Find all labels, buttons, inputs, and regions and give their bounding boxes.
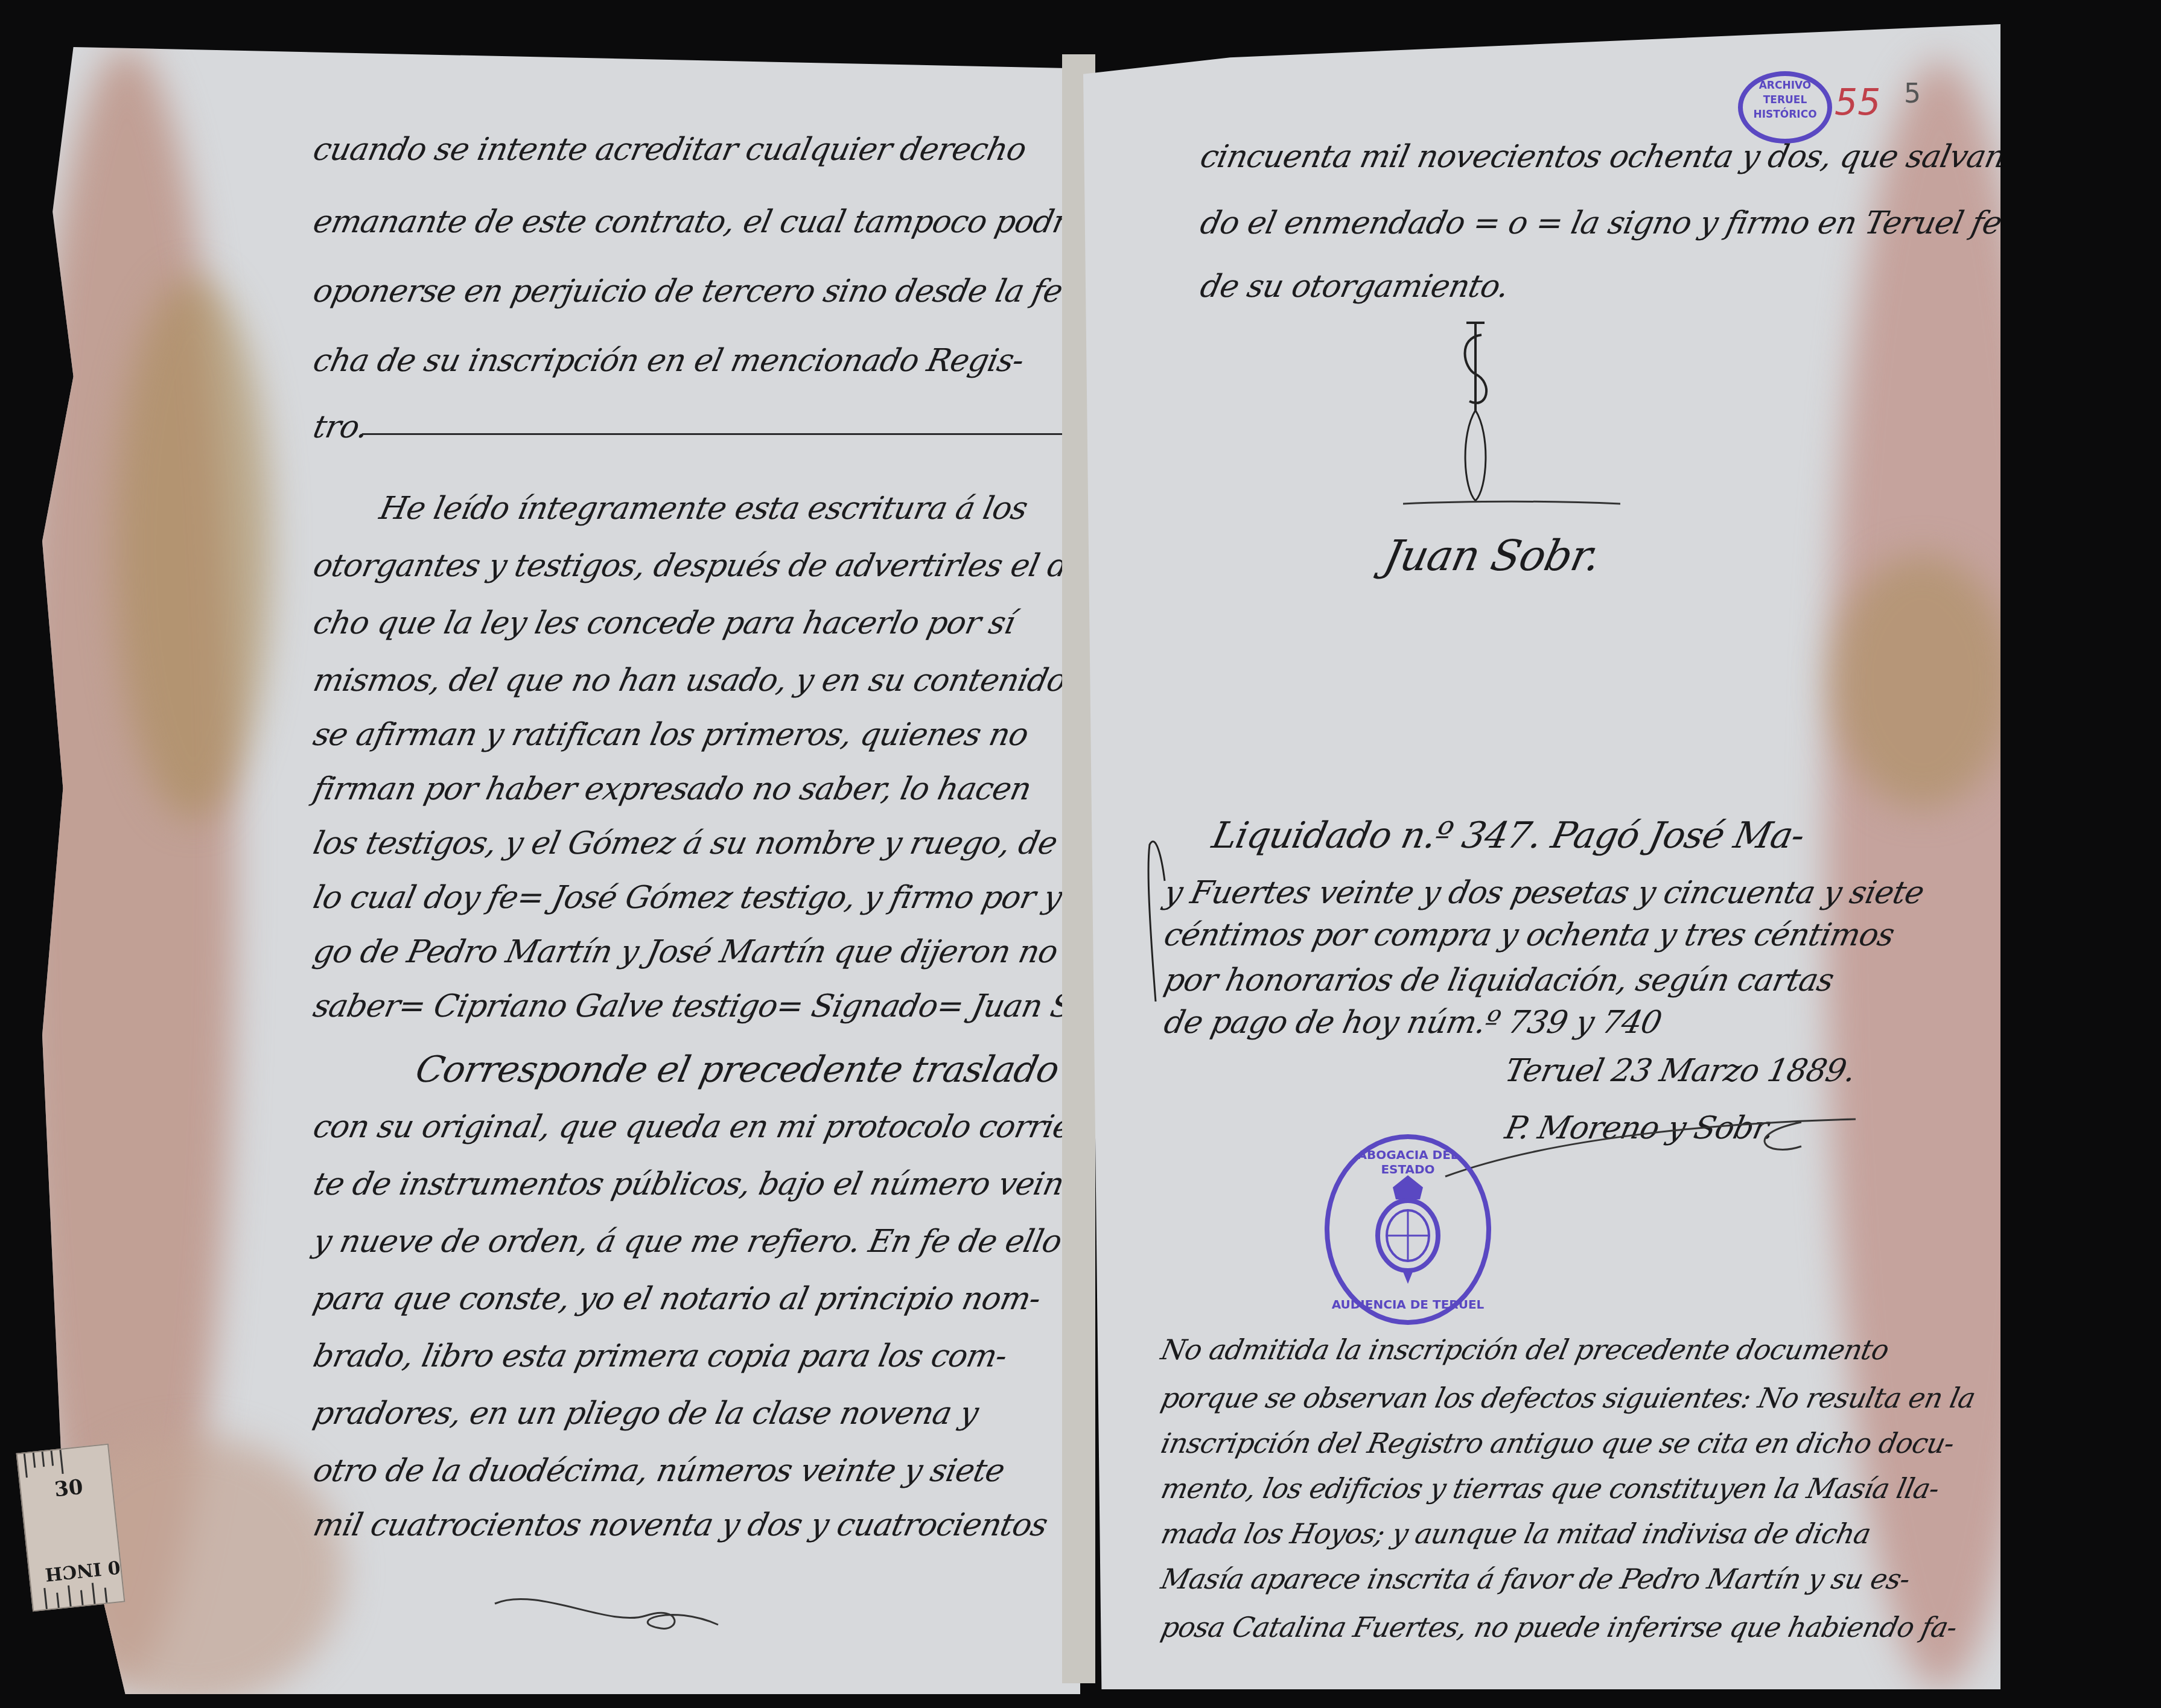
- registry-line: porque se observan los defectos siguient…: [1158, 1382, 1978, 1414]
- stamp-line: TERUEL: [1743, 93, 1827, 107]
- registry-line: No admitida la inscripción del precedent…: [1158, 1333, 1891, 1366]
- coat-of-arms-icon: [1372, 1175, 1444, 1284]
- left-page: cuando se intente acreditar cualquier de…: [42, 47, 1080, 1694]
- text-line: los testigos, y el Gómez á su nombre y r…: [310, 825, 1080, 862]
- text-line: mismos, del que no han usado, y en su co…: [310, 662, 1069, 699]
- text-line: de su otorgamiento.: [1197, 268, 1512, 305]
- red-folio-number: 55: [1835, 81, 1880, 124]
- scale-ruler: 30 0 INCH: [16, 1444, 126, 1612]
- ruler-number: 30: [53, 1475, 84, 1502]
- text-line: te de instrumentos públicos, bajo el núm…: [310, 1166, 1080, 1202]
- text-line: mil cuatrocientos noventa y dos y cuatro…: [310, 1507, 1051, 1543]
- liquidation-line: céntimos por compra y ochenta y tres cén…: [1161, 917, 1897, 953]
- text-line: otorgantes y testigos, después de advert…: [310, 548, 1080, 584]
- pencil-folio-number: 5: [1904, 78, 1921, 109]
- margin-flourish-icon: [1131, 833, 1168, 1014]
- text-line: emanante de este contrato, el cual tampo…: [310, 204, 1080, 240]
- liquidation-line: Liquidado n.º 347. Pagó José Ma-: [1209, 814, 1809, 857]
- text-line: tro.: [310, 409, 371, 445]
- text-line: cuando se intente acreditar cualquier de…: [310, 132, 1030, 168]
- registry-line: inscripción del Registro antiguo que se …: [1158, 1427, 1957, 1459]
- stamp-top-text: ABOGACIA DEL ESTADO: [1329, 1148, 1486, 1176]
- registry-line: mada los Hoyos; y aunque la mitad indivi…: [1158, 1517, 1873, 1550]
- notary-signature: Juan Sobr.: [1380, 531, 1605, 580]
- line-filler-rule: [362, 433, 1068, 435]
- text-line: lo cual doy fe= José Gómez testigo, y fi…: [310, 880, 1080, 916]
- registry-line: mento, los edificios y tierras que const…: [1158, 1472, 1942, 1505]
- stamp-line: HISTÓRICO: [1743, 107, 1827, 122]
- text-line: oponerse en perjuicio de tercero sino de…: [310, 273, 1076, 310]
- liquidation-line: de pago de hoy núm.º 739 y 740: [1161, 1005, 1665, 1041]
- registry-line: Masía aparece inscrita á favor de Pedro …: [1158, 1563, 1912, 1595]
- right-page: ARCHIVO TERUEL HISTÓRICO 55 5 cincuenta …: [1083, 24, 2000, 1689]
- text-line: do el enmendado = o = la signo y firmo e…: [1197, 205, 2000, 241]
- text-line: para que conste, yo el notario al princi…: [310, 1281, 1044, 1317]
- stamp-line: ARCHIVO: [1743, 78, 1827, 93]
- text-line: saber= Cipriano Galve testigo= Signado= …: [310, 988, 1080, 1024]
- text-line: y nueve de orden, á que me refiero. En f…: [310, 1224, 1080, 1260]
- text-line: cho que la ley les concede para hacerlo …: [310, 605, 1018, 641]
- notarial-sign-icon: [1397, 320, 1638, 519]
- text-line: go de Pedro Martín y José Martín que dij…: [310, 934, 1061, 970]
- water-stain: [115, 276, 272, 819]
- flourish-icon: [489, 1592, 730, 1640]
- text-line: Corresponde el precedente traslado: [412, 1049, 1063, 1091]
- text-line: firman por haber expresado no saber, lo …: [310, 771, 1034, 807]
- water-stain: [1832, 555, 2000, 808]
- liquidation-line: y Fuertes veinte y dos pesetas y cincuen…: [1161, 875, 1927, 911]
- text-line: otro de la duodécima, números veinte y s…: [310, 1453, 1008, 1489]
- signature-flourish-icon: [1439, 1110, 1862, 1183]
- text-line: brado, libro esta primera copia para los…: [310, 1338, 1010, 1374]
- text-line: cincuenta mil novecientos ochenta y dos,…: [1197, 139, 2000, 175]
- archive-stamp: ARCHIVO TERUEL HISTÓRICO: [1738, 71, 1832, 144]
- official-stamp: ABOGACIA DEL ESTADO AUDIENCIA DE TERUEL: [1325, 1134, 1491, 1325]
- liquidation-line: por honorarios de liquidación, según car…: [1161, 962, 1837, 998]
- text-line: He leído íntegramente esta escritura á l…: [377, 490, 1031, 527]
- ruler-label: 0 INCH: [44, 1556, 121, 1585]
- liquidation-date: Teruel 23 Marzo 1889.: [1502, 1053, 1859, 1089]
- text-line: se afirman y ratifican los primeros, qui…: [310, 717, 1032, 753]
- registry-line: posa Catalina Fuertes, no puede inferirs…: [1158, 1611, 1959, 1643]
- text-line: con su original, que queda en mi protoco…: [310, 1109, 1080, 1145]
- text-line: cha de su inscripción en el mencionado R…: [310, 343, 1027, 379]
- text-line: pradores, en un pliego de la clase noven…: [310, 1395, 981, 1432]
- stamp-bottom-text: AUDIENCIA DE TERUEL: [1329, 1297, 1486, 1312]
